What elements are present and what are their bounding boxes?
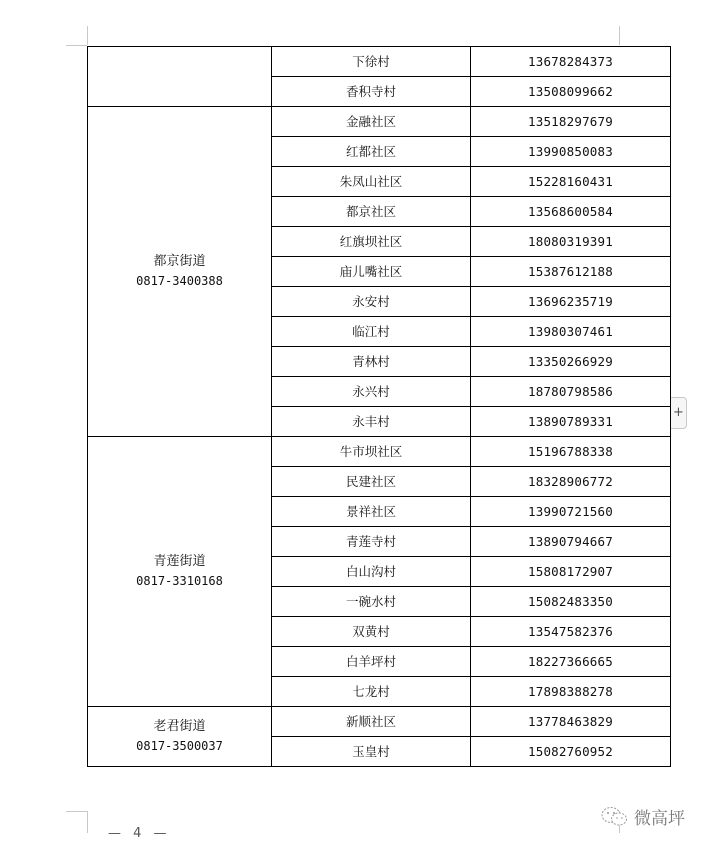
street-cell: [88, 47, 272, 107]
table-row: 青莲街道 0817-3310168 牛市坝社区 15196788338: [88, 437, 671, 467]
community-name: 玉皇村: [272, 737, 471, 767]
wechat-icon: [600, 805, 630, 829]
street-name: 老君街道: [88, 719, 271, 735]
community-name: 下徐村: [272, 47, 471, 77]
community-phone: 13696235719: [471, 287, 671, 317]
crop-mark: [87, 811, 88, 833]
community-name: 临江村: [272, 317, 471, 347]
community-name: 白羊坪村: [272, 647, 471, 677]
community-phone: 13508099662: [471, 77, 671, 107]
community-name: 牛市坝社区: [272, 437, 471, 467]
street-cell: 都京街道 0817-3400388: [88, 107, 272, 437]
street-name: 青莲街道: [88, 554, 271, 570]
community-name: 一碗水村: [272, 587, 471, 617]
community-phone: 13678284373: [471, 47, 671, 77]
contact-table: 下徐村 13678284373 香积寺村 13508099662 都京街道 08…: [87, 46, 671, 767]
community-phone: 13778463829: [471, 707, 671, 737]
community-name: 都京社区: [272, 197, 471, 227]
community-phone: 13980307461: [471, 317, 671, 347]
community-phone: 13547582376: [471, 617, 671, 647]
community-name: 金融社区: [272, 107, 471, 137]
community-phone: 15228160431: [471, 167, 671, 197]
community-phone: 15082760952: [471, 737, 671, 767]
add-table-row-button[interactable]: +: [671, 397, 687, 429]
crop-mark: [619, 26, 620, 45]
community-phone: 13990721560: [471, 497, 671, 527]
community-phone: 18227366665: [471, 647, 671, 677]
community-name: 香积寺村: [272, 77, 471, 107]
community-name: 永兴村: [272, 377, 471, 407]
community-name: 新顺社区: [272, 707, 471, 737]
page-number: — 4 —: [108, 826, 171, 841]
community-phone: 18080319391: [471, 227, 671, 257]
plus-icon: +: [673, 405, 684, 420]
community-phone: 15808172907: [471, 557, 671, 587]
community-phone: 13890789331: [471, 407, 671, 437]
community-phone: 13990850083: [471, 137, 671, 167]
community-name: 庙儿嘴社区: [272, 257, 471, 287]
community-name: 白山沟村: [272, 557, 471, 587]
community-phone: 13568600584: [471, 197, 671, 227]
table-row: 老君街道 0817-3500037 新顺社区 13778463829: [88, 707, 671, 737]
community-name: 永丰村: [272, 407, 471, 437]
street-name: 都京街道: [88, 254, 271, 270]
crop-mark: [66, 45, 87, 46]
community-phone: 15387612188: [471, 257, 671, 287]
community-name: 红都社区: [272, 137, 471, 167]
street-cell: 青莲街道 0817-3310168: [88, 437, 272, 707]
street-phone: 0817-3500037: [88, 738, 271, 754]
table-row: 下徐村 13678284373: [88, 47, 671, 77]
community-name: 双黄村: [272, 617, 471, 647]
community-phone: 18328906772: [471, 467, 671, 497]
crop-mark: [87, 26, 88, 45]
community-phone: 15196788338: [471, 437, 671, 467]
street-cell: 老君街道 0817-3500037: [88, 707, 272, 767]
street-phone: 0817-3400388: [88, 273, 271, 289]
community-name: 朱凤山社区: [272, 167, 471, 197]
community-name: 景祥社区: [272, 497, 471, 527]
community-name: 青林村: [272, 347, 471, 377]
community-name: 七龙村: [272, 677, 471, 707]
watermark-text: 微高坪: [634, 804, 685, 829]
community-phone: 15082483350: [471, 587, 671, 617]
community-name: 永安村: [272, 287, 471, 317]
community-phone: 13890794667: [471, 527, 671, 557]
street-phone: 0817-3310168: [88, 573, 271, 589]
watermark: 微高坪: [600, 804, 685, 829]
community-name: 红旗坝社区: [272, 227, 471, 257]
community-phone: 18780798586: [471, 377, 671, 407]
community-phone: 17898388278: [471, 677, 671, 707]
community-name: 民建社区: [272, 467, 471, 497]
community-phone: 13518297679: [471, 107, 671, 137]
table-row: 都京街道 0817-3400388 金融社区 13518297679: [88, 107, 671, 137]
community-name: 青莲寺村: [272, 527, 471, 557]
document-page: 下徐村 13678284373 香积寺村 13508099662 都京街道 08…: [0, 0, 708, 847]
community-phone: 13350266929: [471, 347, 671, 377]
crop-mark: [66, 811, 88, 812]
